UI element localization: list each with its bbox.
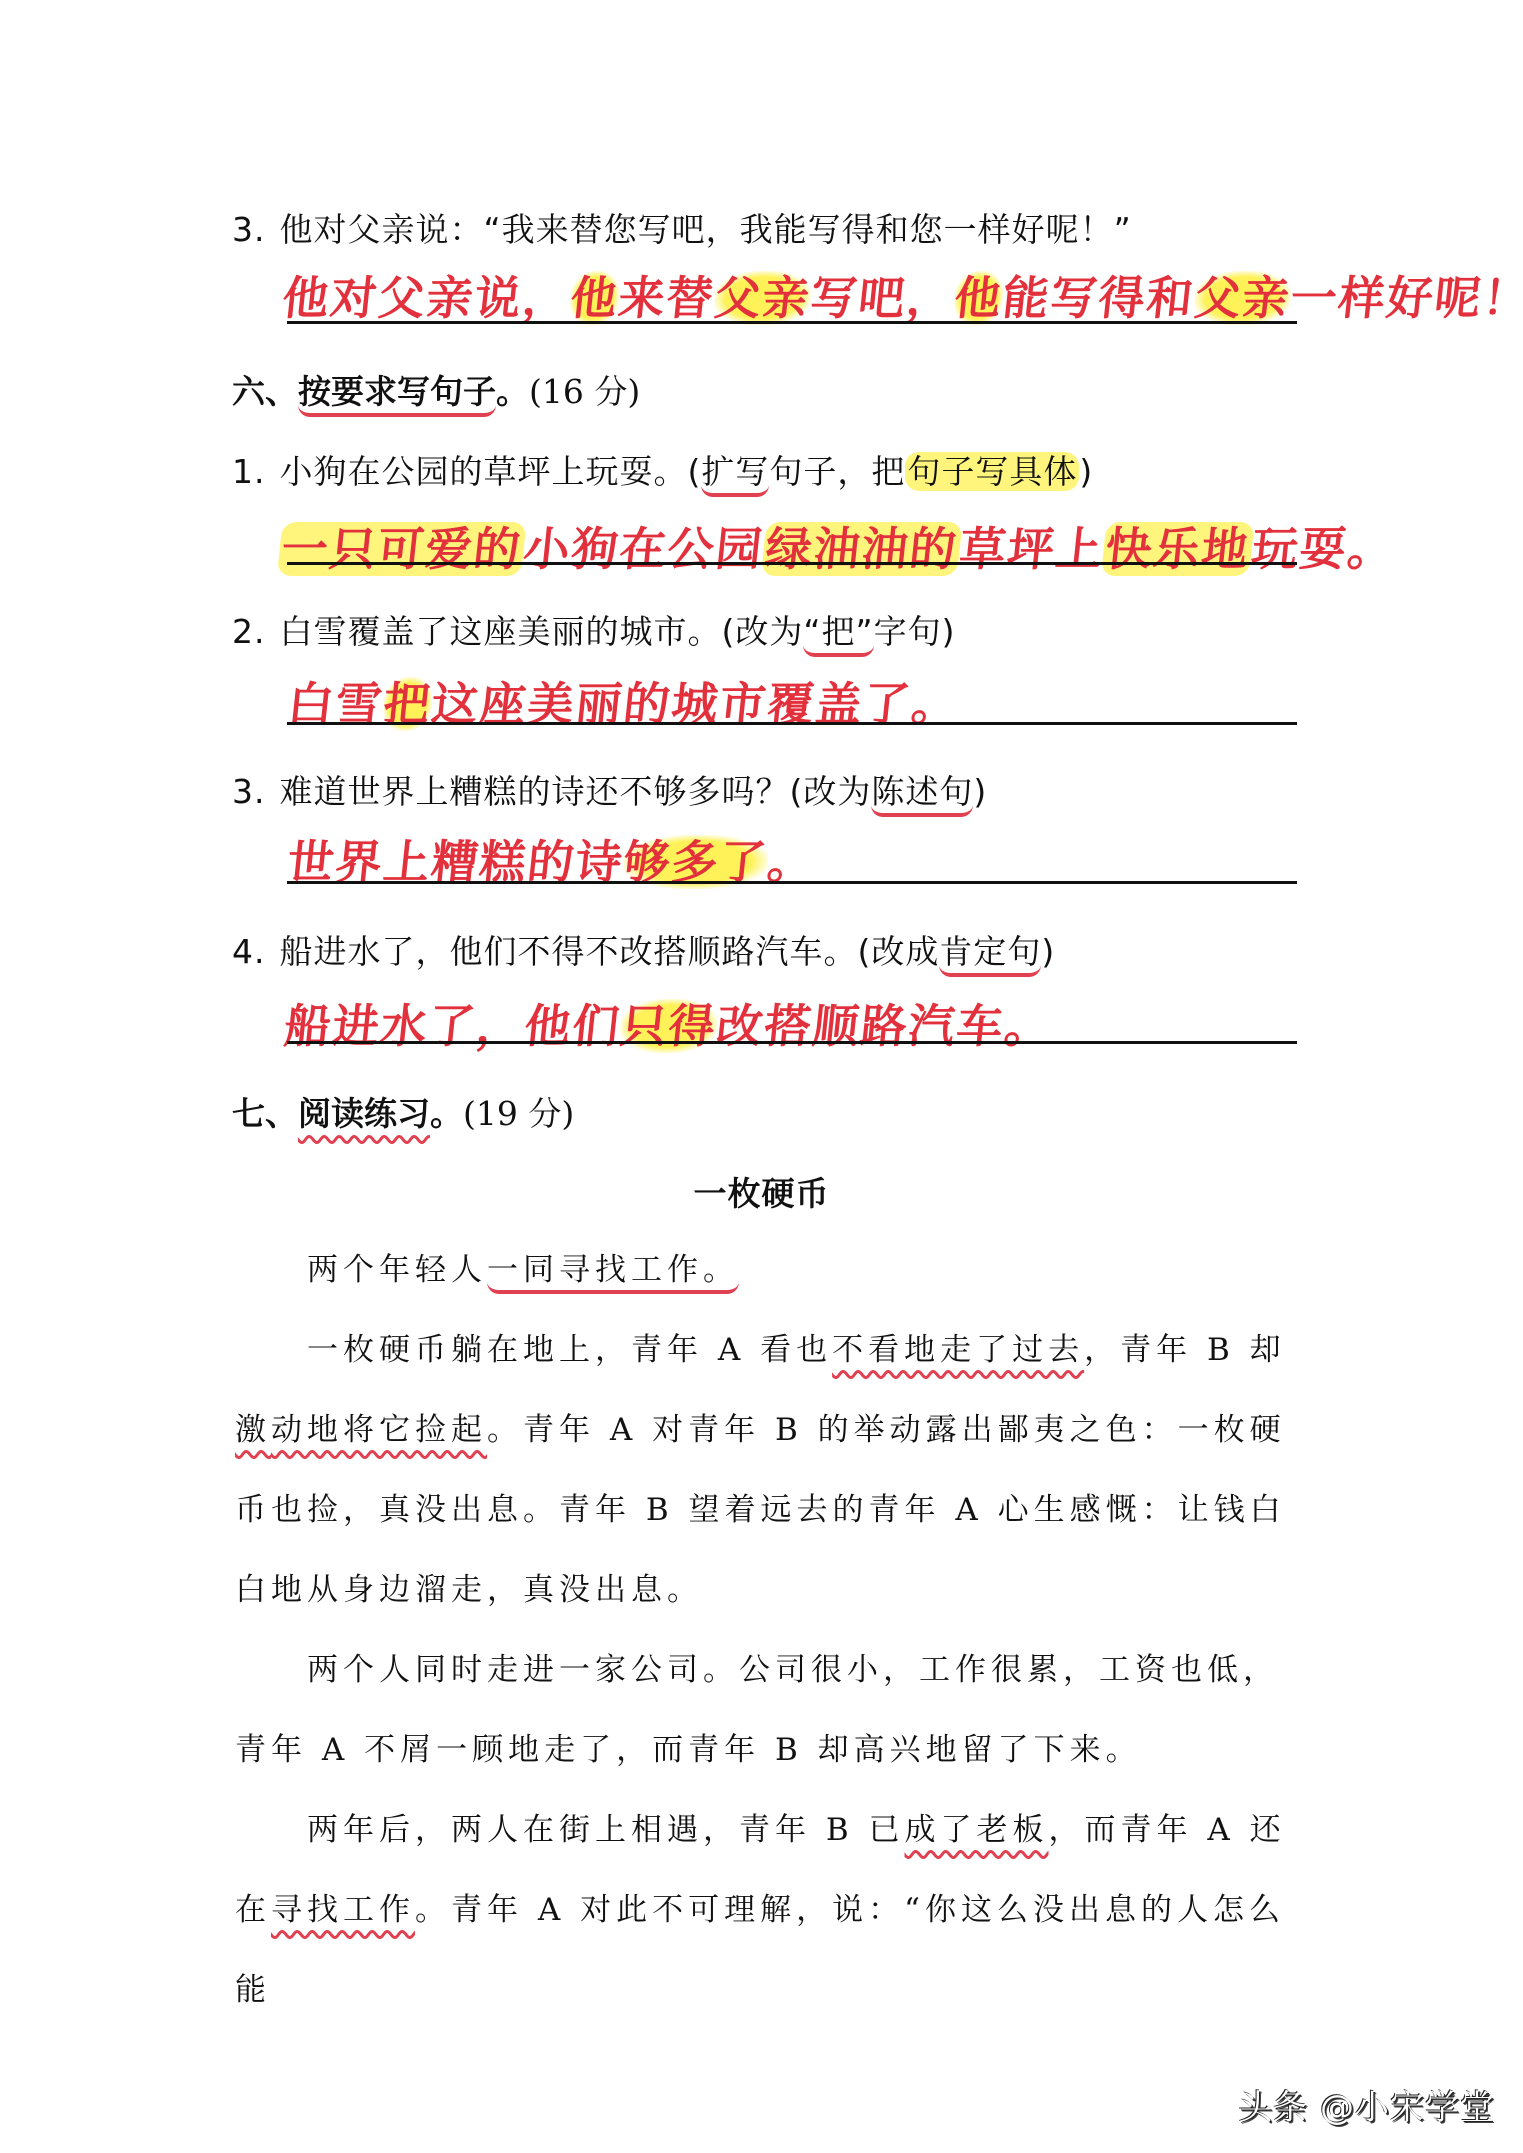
passage-wavy-underlined: 动地将它捡起 xyxy=(271,1412,487,1448)
answer-text: 能写得和 xyxy=(1000,271,1198,325)
q5-item3-prompt: 3.他对父亲说：“我来替您写吧，我能写得和您一样好呢！” xyxy=(232,204,1132,251)
q6-item4-answer: 船进水了，他们只得改搭顺路汽车。 xyxy=(282,990,1057,1056)
answer-line xyxy=(287,562,1297,565)
highlighted-answer: 他 xyxy=(568,271,622,325)
q6-item1-prompt: 1.小狗在公园的草坪上玩耍。(扩写句子，把句子写具体) xyxy=(232,446,1093,493)
section-title: 阅读练习 xyxy=(298,1094,430,1133)
instruction-text: (改成 xyxy=(858,932,940,971)
item-prompt: 船进水了，他们不得不改搭顺路汽车。 xyxy=(280,932,858,971)
q6-item1-answer: 一只可爱的小狗在公园绿油油的草坪上快乐地玩耍。 xyxy=(277,513,1400,579)
item-prompt: 他对父亲说：“我来替您写吧，我能写得和您一样好呢！” xyxy=(280,210,1132,249)
answer-line xyxy=(287,881,1297,884)
q6-item4-prompt: 4.船进水了，他们不得不改搭顺路汽车。(改成肯定句) xyxy=(232,926,1055,973)
section-punct: 。 xyxy=(496,372,529,411)
q6-item2-prompt: 2.白雪覆盖了这座美丽的城市。(改为“把”字句) xyxy=(232,606,955,653)
answer-text: 船进水了，他们 xyxy=(282,999,624,1053)
passage-wavy-underlined: 不看地走了过去 xyxy=(832,1332,1084,1368)
passage-wavy-underlined: 激 xyxy=(235,1412,271,1448)
answer-text: 小狗在公园 xyxy=(521,522,767,576)
passage-paragraph-2: 一枚硬币躺在地上，青年 A 看也不看地走了过去，青年 B 却激动地将它捡起。青年… xyxy=(235,1310,1305,1630)
passage-paragraph-4: 两年后，两人在街上相遇，青年 B 已成了老板，而青年 A 还在寻找工作。青年 A… xyxy=(235,1790,1305,2030)
q5-item3-answer: 他对父亲说，他来替父亲写吧，他能写得和父亲一样好呢！ xyxy=(280,262,1523,328)
item-number: 4. xyxy=(232,932,266,971)
instruction-text: ) xyxy=(1041,932,1055,971)
answer-text: 来替 xyxy=(616,271,718,325)
highlighted-answer: 只得 xyxy=(618,999,720,1053)
section-label: 七、 xyxy=(232,1094,298,1133)
answer-text: 草坪上 xyxy=(957,522,1107,576)
answer-text: 一样好呢！ xyxy=(1288,271,1523,325)
watermark: 头条 @小宋学堂 xyxy=(1238,2080,1495,2129)
instruction-text: ) xyxy=(1079,452,1093,491)
highlighted-answer: 父亲 xyxy=(1192,271,1294,325)
instruction-underlined: 肯定句 xyxy=(939,932,1041,977)
passage-title: 一枚硬币 xyxy=(0,1168,1523,1215)
passage-underlined: 一同寻找工作。 xyxy=(487,1252,739,1294)
passage-text: 两年后，两人在街上相遇，青年 B 已 xyxy=(307,1812,905,1848)
q6-item3-prompt: 3.难道世界上糟糕的诗还不够多吗？(改为陈述句) xyxy=(232,766,987,813)
passage-text: 一枚硬币躺在地上，青年 A 看也 xyxy=(307,1332,832,1368)
passage-paragraph-1: 两个年轻人一同寻找工作。 xyxy=(235,1230,1305,1310)
highlighted-answer: 快乐地 xyxy=(1101,522,1255,576)
highlighted-answer: 父亲 xyxy=(712,271,814,325)
answer-text: 写吧， xyxy=(808,271,958,325)
answer-text: 玩耍。 xyxy=(1249,522,1399,576)
passage-text: 两个人同时走进一家公司。公司很小，工作很累，工资也低，青年 A 不屑一顾地走了，… xyxy=(235,1652,1279,1768)
item-number: 3. xyxy=(232,210,266,249)
highlighted-answer: 他 xyxy=(952,271,1006,325)
instruction-text: ( xyxy=(688,452,702,491)
instruction-underlined: “把” xyxy=(803,612,873,657)
section6-heading: 六、按要求写句子。(16 分) xyxy=(232,366,640,413)
answer-line xyxy=(287,1041,1297,1044)
section-punct: 。 xyxy=(430,1094,463,1133)
section7-heading: 七、阅读练习。(19 分) xyxy=(232,1088,574,1135)
highlighted-answer: 一只可爱的 xyxy=(277,522,527,576)
item-number: 2. xyxy=(232,612,266,651)
reading-passage: 两个年轻人一同寻找工作。 一枚硬币躺在地上，青年 A 看也不看地走了过去，青年 … xyxy=(235,1230,1305,2030)
answer-line xyxy=(287,722,1297,725)
section-points: (19 分) xyxy=(463,1094,574,1133)
passage-text: ，青年 B 却 xyxy=(1084,1332,1286,1368)
instruction-text: (改为 xyxy=(722,612,804,651)
passage-wavy-underlined: 寻找工作 xyxy=(271,1892,415,1928)
item-number: 1. xyxy=(232,452,266,491)
passage-wavy-underlined: 成了老板 xyxy=(905,1812,1049,1848)
answer-text: 改搭顺路汽车。 xyxy=(714,999,1056,1053)
instruction-text: (改为 xyxy=(790,772,872,811)
section-points: (16 分) xyxy=(529,372,640,411)
item-number: 3. xyxy=(232,772,266,811)
instruction-underlined: 陈述句 xyxy=(871,772,973,817)
answer-line xyxy=(287,321,1297,324)
passage-paragraph-3: 两个人同时走进一家公司。公司很小，工作很累，工资也低，青年 A 不屑一顾地走了，… xyxy=(235,1630,1305,1790)
section-label: 六、 xyxy=(232,372,298,411)
passage-text: 两个年轻人 xyxy=(307,1252,487,1288)
highlighted-answer: 绿油油的 xyxy=(761,522,963,576)
item-prompt: 难道世界上糟糕的诗还不够多吗？ xyxy=(280,772,790,811)
instruction-text: ) xyxy=(973,772,987,811)
section-title: 按要求写句子 xyxy=(298,372,496,417)
instruction-text: 句子，把 xyxy=(769,452,905,491)
instruction-text: 字句) xyxy=(874,612,956,651)
instruction-underlined: 扩写 xyxy=(701,452,769,497)
instruction-highlighted: 句子写具体 xyxy=(905,452,1079,491)
item-prompt: 白雪覆盖了这座美丽的城市。 xyxy=(280,612,722,651)
answer-text: 他对父亲说， xyxy=(280,271,574,325)
item-prompt: 小狗在公园的草坪上玩耍。 xyxy=(280,452,688,491)
